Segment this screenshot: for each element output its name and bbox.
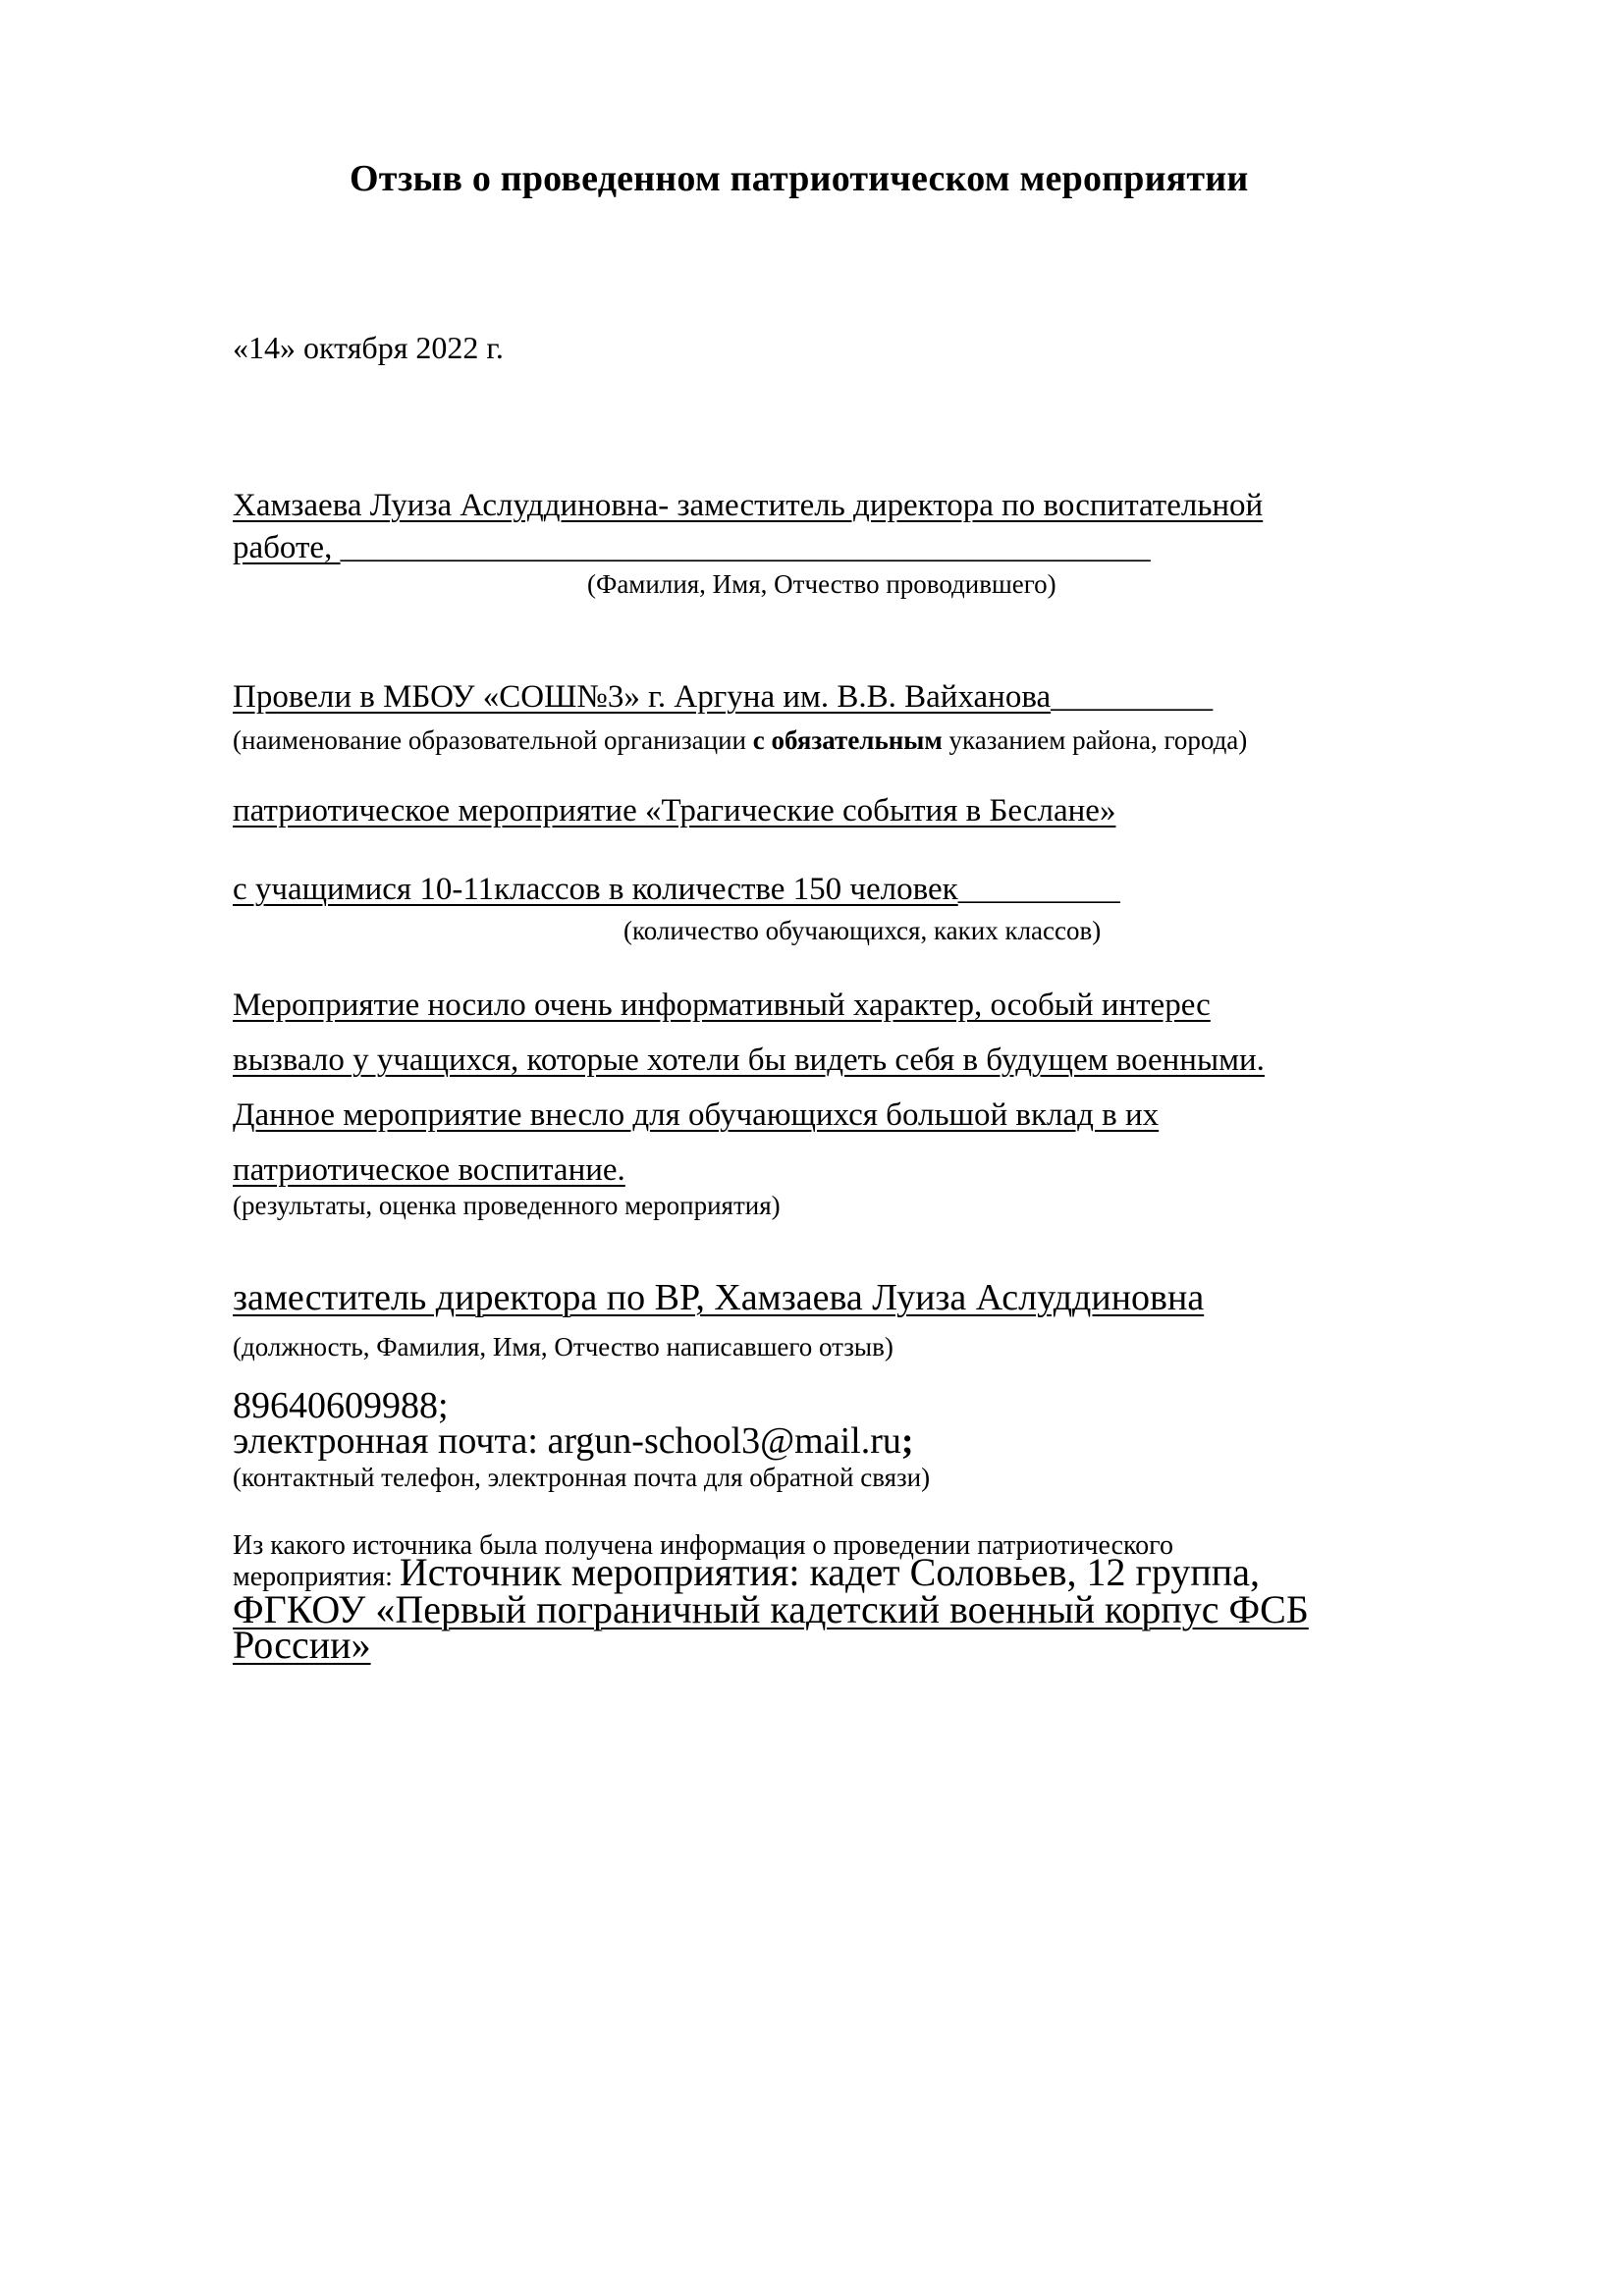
source-answer-line3-wrap: России» (233, 1626, 371, 1665)
source-answer-line2-wrap: ФГКОУ «Первый пограничный кадетский воен… (233, 1590, 1309, 1629)
contact-phone: 89640609988; (233, 1387, 449, 1424)
document-title: Отзыв о проведенном патриотическом мероп… (350, 157, 1249, 200)
contact-email-link[interactable]: argun-school3@mail.ru (547, 1420, 900, 1462)
author-hint: (должность, Фамилия, Имя, Отчество напис… (233, 1332, 893, 1362)
organization-hint-before: (наименование образовательной организаци… (233, 725, 753, 755)
contact-email-label: электронная почта: (233, 1420, 547, 1462)
organizer-name-text: Хамзаева Луиза Аслуддиновна- заместитель… (233, 488, 1263, 523)
document-date: «14» октября 2022 г. (233, 330, 504, 366)
source-answer-line2: ФГКОУ «Первый пограничный кадетский воен… (233, 1587, 1309, 1631)
students-hint: (количество обучающихся, каких классов) (623, 916, 1101, 946)
organization-blank-line: __________ (1051, 679, 1213, 715)
organizer-name-text-cont: работе, (233, 530, 341, 565)
students-blank-line: __________ (958, 872, 1120, 907)
results-line-1: Мероприятие носило очень информативный х… (233, 987, 1211, 1024)
organization-field: Провели в МБОУ «СОШ№3» г. Аргуна им. В.В… (233, 679, 1213, 716)
event-name-text: патриотическое мероприятие «Трагические … (233, 793, 1115, 828)
results-text: Мероприятие носило очень информативный х… (233, 988, 1211, 1023)
contact-email-end: ; (901, 1420, 914, 1462)
organizer-field-line2: работе, ________________________________… (233, 530, 1151, 566)
event-field: патриотическое мероприятие «Трагические … (233, 793, 1115, 829)
contacts-hint: (контактный телефон, электронная почта д… (233, 1463, 930, 1493)
organizer-field-line1: Хамзаева Луиза Аслуддиновна- заместитель… (233, 488, 1263, 524)
results-text: вызвало у учащихся, которые хотели бы ви… (233, 1042, 1265, 1078)
students-text: с учащимися 10-11классов в количестве 15… (233, 872, 958, 907)
results-line-2: вызвало у учащихся, которые хотели бы ви… (233, 1041, 1265, 1079)
source-answer-line3: России» (233, 1623, 371, 1667)
contact-email-line: электронная почта: argun-school3@mail.ru… (233, 1422, 914, 1460)
results-hint: (результаты, оценка проведенного меропри… (233, 1191, 781, 1221)
results-line-4: патриотическое воспитание. (233, 1151, 625, 1189)
results-line-3: Данное мероприятие внесло для обучающихс… (233, 1096, 1159, 1134)
results-text: патриотическое воспитание. (233, 1152, 625, 1188)
organizer-hint: (Фамилия, Имя, Отчество проводившего) (587, 569, 1056, 600)
results-text: Данное мероприятие внесло для обучающихс… (233, 1097, 1159, 1133)
author-field: заместитель директора по ВР, Хамзаева Лу… (233, 1276, 1204, 1319)
organization-hint-after: указанием района, города) (943, 725, 1248, 755)
author-text: заместитель директора по ВР, Хамзаева Лу… (233, 1277, 1204, 1318)
organization-hint-bold: с обязательным (753, 725, 943, 755)
organization-hint: (наименование образовательной организаци… (233, 725, 1247, 756)
organization-text: Провели в МБОУ «СОШ№3» г. Аргуна им. В.В… (233, 679, 1051, 715)
students-field: с учащимися 10-11классов в количестве 15… (233, 872, 1120, 908)
organizer-blank-line: ________________________________________… (341, 530, 1151, 565)
